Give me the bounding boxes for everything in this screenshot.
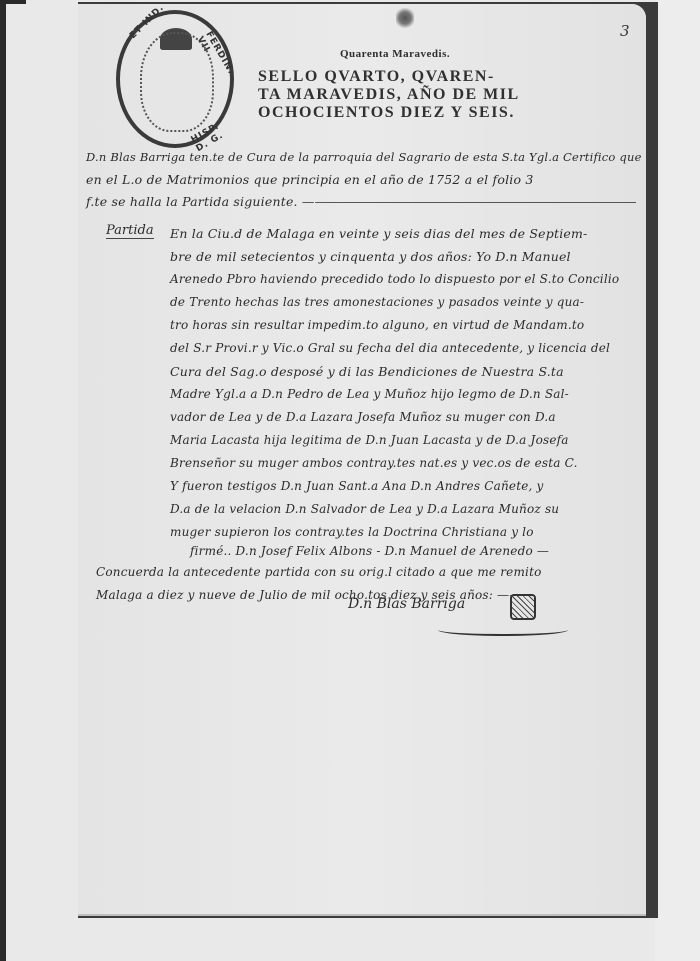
body-line: Maria Lacasta hija legitima de D.n Juan … (170, 433, 569, 447)
body-line: tro horas sin resultar impedim.to alguno… (170, 318, 584, 332)
scan-left-edge (0, 0, 6, 961)
body-line: de Trento hechas las tres amonestaciones… (170, 295, 584, 309)
body-line: En la Ciu.d de Malaga en veinte y seis d… (170, 226, 587, 241)
body-line: del S.r Provi.r y Vic.o Gral su fecha de… (170, 341, 610, 355)
margin-label-partida: Partida (106, 223, 154, 239)
page-bottom-edge (78, 914, 646, 916)
scan-left-notch (0, 0, 26, 4)
royal-seal-stamp: ET IND. REX FERDIN. VII HISP. D. G. (116, 10, 234, 148)
body-line: D.a de la velacion D.n Salvador de Lea y… (170, 502, 559, 516)
body-line: Madre Ygl.a a D.n Pedro de Lea y Muñoz h… (170, 387, 569, 401)
body-line: vador de Lea y de D.a Lazara Josefa Muño… (170, 410, 556, 424)
document-page: 3 ET IND. REX FERDIN. VII HISP. D. G. Qu… (78, 4, 646, 915)
stamp-heading: SELLO QVARTO, QVAREN- TA MARAVEDIS, AÑO … (258, 68, 638, 122)
closing-line: Concuerda la antecedente partida con su … (96, 565, 542, 579)
signature-rubric-icon (510, 594, 536, 620)
body-line: firmé.. D.n Josef Felix Albons - D.n Man… (190, 544, 549, 558)
body-line: Arenedo Pbro haviendo precedido todo lo … (170, 272, 619, 286)
signature: D.n Blas Barriga (348, 596, 465, 612)
header-line: en el L.o de Matrimonios que principia e… (86, 172, 534, 187)
header-line: D.n Blas Barriga ten.te de Cura de la pa… (86, 150, 642, 164)
body-line: bre de mil setecientos y cinquenta y dos… (170, 249, 571, 264)
body-line: Cura del Sag.o desposé y di las Bendicio… (170, 364, 564, 379)
body-line: Y fueron testigos D.n Juan Sant.a Ana D.… (170, 479, 544, 493)
stamp-line: SELLO QVARTO, QVAREN- (258, 68, 638, 86)
scan-right-background (655, 0, 700, 961)
header-line: f.te se halla la Partida siguiente. —— (86, 194, 327, 209)
body-line: muger supieron los contray.tes la Doctri… (170, 525, 534, 539)
signature-flourish (438, 624, 568, 636)
body-line: Brenseñor su muger ambos contray.tes nat… (170, 456, 578, 470)
stamp-value-line: Quarenta Maravedis. (340, 48, 450, 60)
stamp-line: TA MARAVEDIS, AÑO DE MIL (258, 86, 638, 104)
ink-blot (396, 6, 414, 30)
page-number: 3 (620, 22, 630, 40)
header-underline (326, 202, 636, 203)
stamp-line: OCHOCIENTOS DIEZ Y SEIS. (258, 104, 638, 122)
